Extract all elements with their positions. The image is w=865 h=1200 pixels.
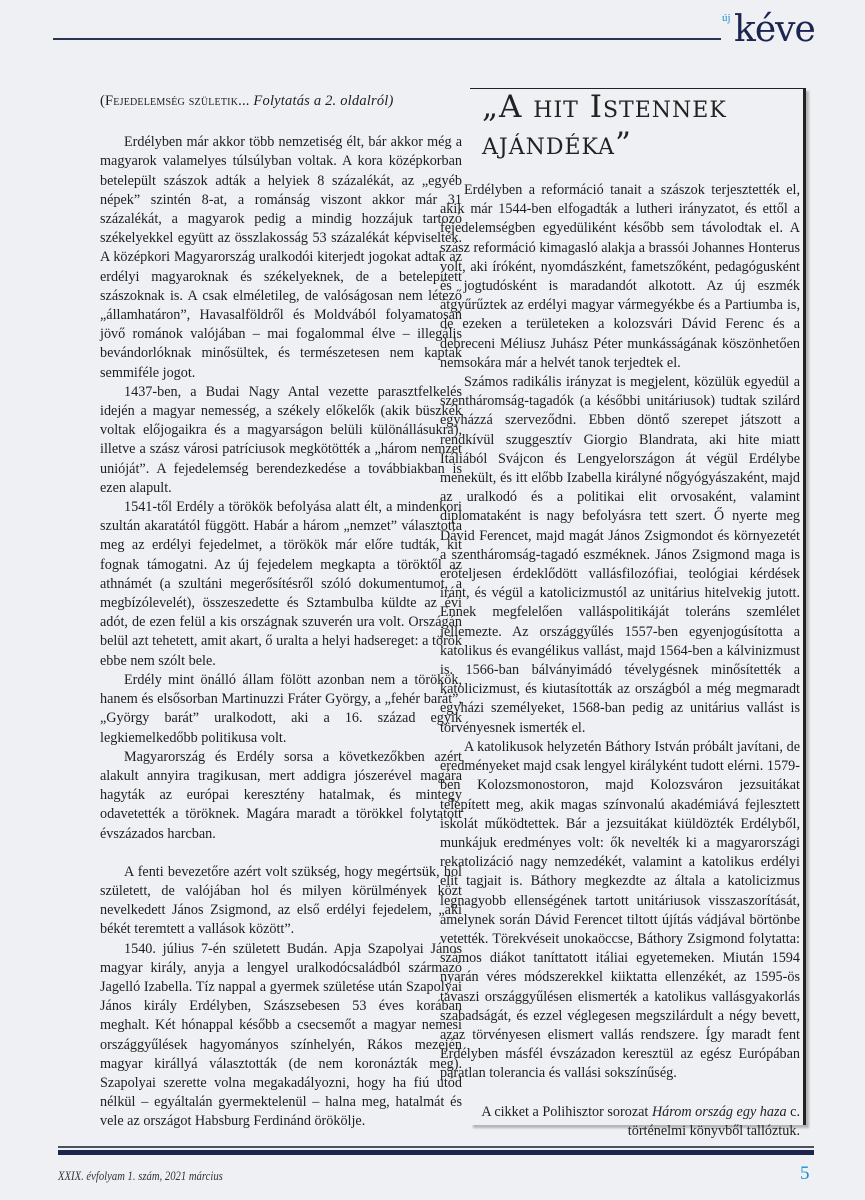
- header-rule: [53, 38, 721, 40]
- paragraph: Számos radikális irányzat is megjelent, …: [440, 373, 800, 738]
- paragraph: Erdélyben a reformáció tanait a szászok …: [440, 181, 800, 373]
- kicker-title: (Fejedelemség születik...: [100, 93, 250, 109]
- paragraph: A katolikusok helyzetén Báthory István p…: [440, 738, 800, 1084]
- paragraph: 1541-től Erdély a törökök befolyása alat…: [100, 498, 462, 671]
- sidebar-box: „A hit Istennek ajándéka” Erdélyben a re…: [470, 88, 806, 1125]
- kicker-continuation: Folytatás a 2. oldalról): [250, 93, 394, 109]
- footer-rule: [58, 1146, 814, 1148]
- source-credit: A cikket a Polihisztor sorozat Három ors…: [440, 1103, 800, 1141]
- main-article-column: (Fejedelemség születik... Folytatás a 2.…: [100, 92, 462, 1132]
- paragraph: Erdély mint önálló állam fölött azonban …: [100, 671, 462, 748]
- paragraph: 1540. július 7-én született Budán. Apja …: [100, 940, 462, 1132]
- book-title: Három ország egy haza: [652, 1104, 787, 1120]
- paragraph: A fenti bevezetőre azért volt szükség, h…: [100, 863, 462, 940]
- sidebar-title: „A hit Istennek ajándéka”: [482, 89, 727, 163]
- paragraph: Magyarország és Erdély sorsa a következő…: [100, 748, 462, 844]
- issue-info: XXIX. évfolyam 1. szám, 2021 március: [58, 1168, 223, 1184]
- page-number: 5: [800, 1163, 810, 1185]
- logo-small-text: új: [722, 12, 731, 24]
- footer-rule: [58, 1150, 814, 1155]
- paragraph: 1437-ben, a Budai Nagy Antal vezette par…: [100, 383, 462, 498]
- sidebar-title-line: „A hit Istennek: [482, 89, 727, 126]
- sidebar-title-line: ajándéka”: [482, 126, 727, 163]
- logo-main-text: kéve: [734, 12, 815, 48]
- continuation-kicker: (Fejedelemség születik... Folytatás a 2.…: [100, 92, 462, 111]
- credit-text: A cikket a Polihisztor sorozat: [481, 1104, 652, 1120]
- sidebar-body: Erdélyben a reformáció tanait a szászok …: [440, 181, 800, 1141]
- paragraph: Erdélyben már akkor több nemzetiség élt,…: [100, 133, 462, 383]
